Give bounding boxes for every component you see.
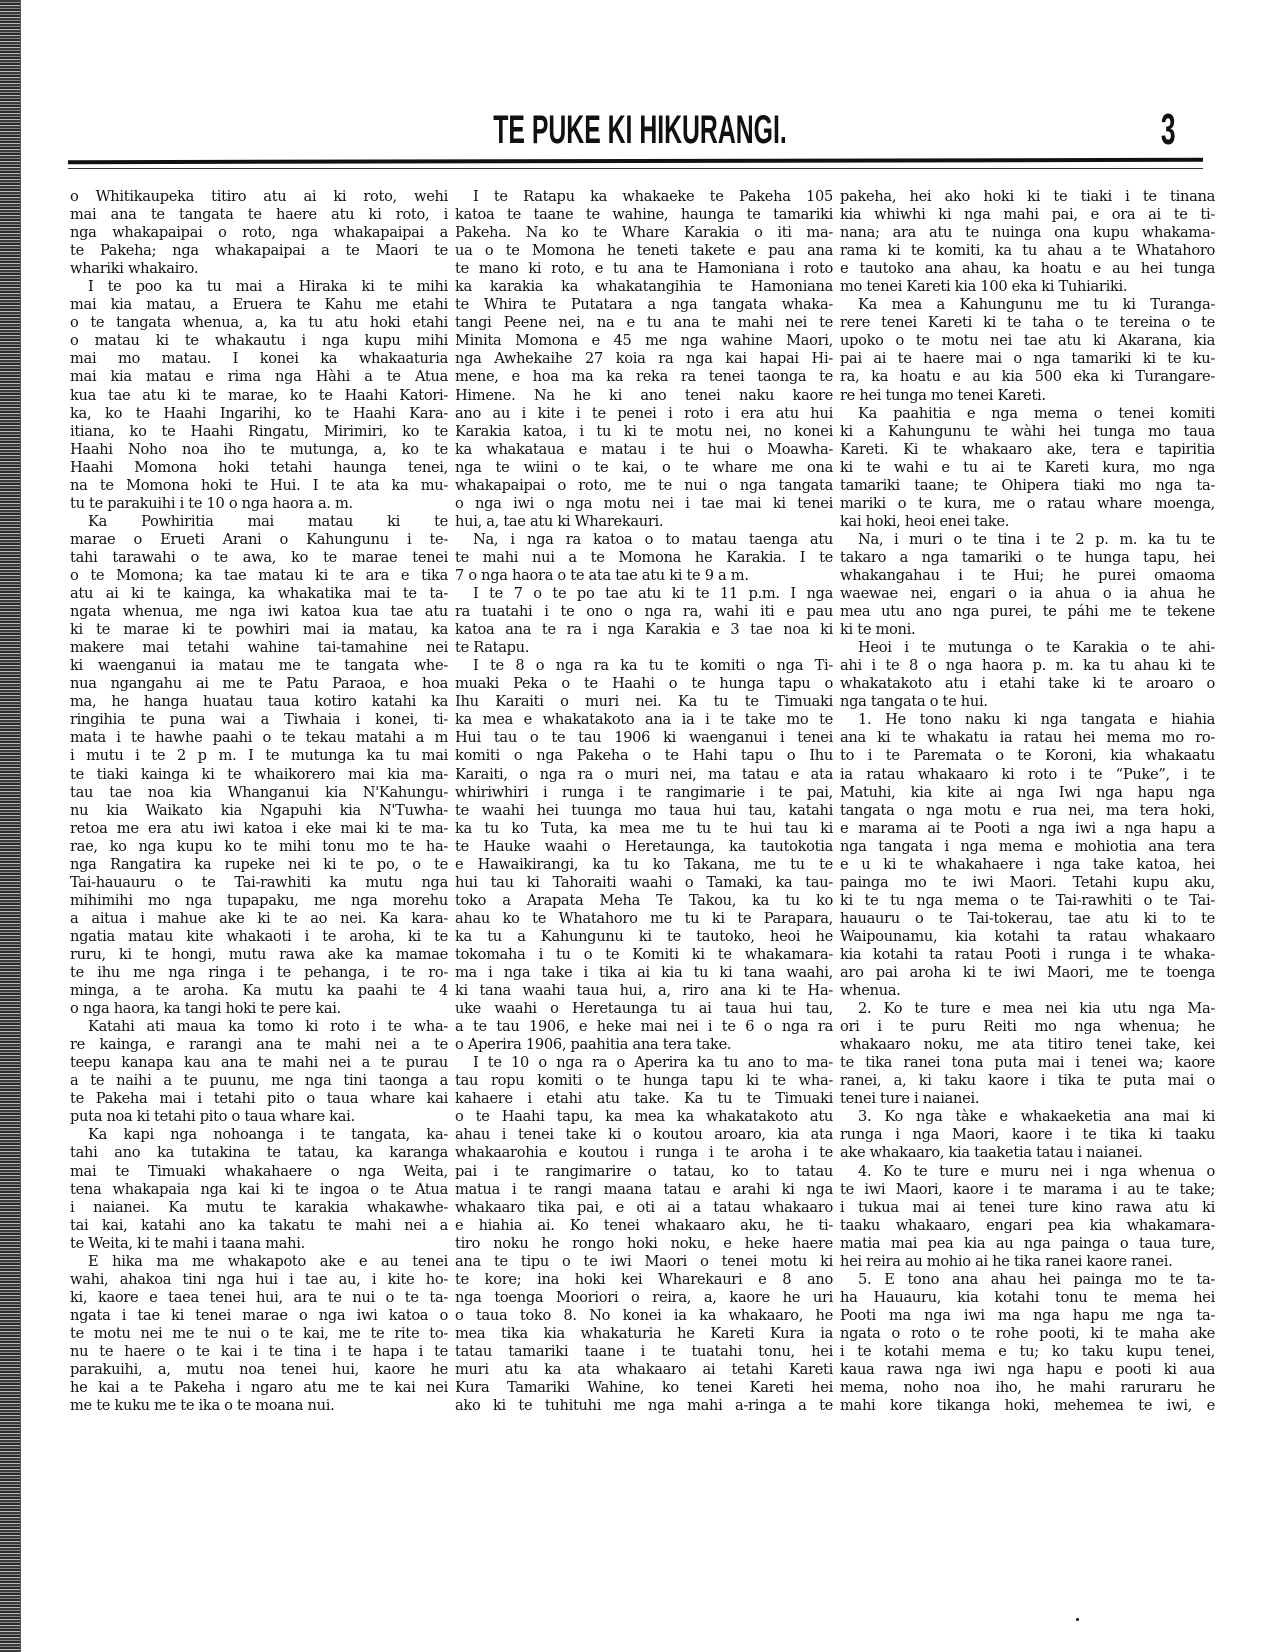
text-line: whakatakoto atu i etahi take ki te aroar… (840, 675, 1215, 693)
text-line: retoa me era atu iwi katoa i eke mai ki … (70, 820, 448, 838)
text-line: i te kotahi mema e tu; ko taku kupu tene… (840, 1343, 1215, 1361)
text-line: Himene. Na he ki ano tenei naku kaore (455, 387, 833, 405)
text-line: rae, ko nga kupu ko te mihi tonu mo te h… (70, 838, 448, 856)
text-line: Tai-hauauru o te Tai-rawhiti ka mutu nga (70, 874, 448, 892)
text-line: a aitua i mahue ake ki te ao nei. Ka kar… (70, 910, 448, 928)
text-line: ngata whenua, me nga iwi katoa kua tae a… (70, 603, 448, 621)
text-line: nua ngangahu ai me te Patu Paraoa, e hoa (70, 675, 448, 693)
text-line: o nga iwi o nga motu nei i tae mai ki te… (455, 495, 833, 513)
text-line: tahi ano ka tutakina te tatau, ka karang… (70, 1144, 448, 1162)
text-line: pai ai te haere mai o nga tamariki ki te… (840, 350, 1215, 368)
text-line: nga Rangatira ka rupeke nei ki te po, o … (70, 856, 448, 874)
text-line: Katahi ati maua ka tomo ki roto i te wha… (70, 1018, 448, 1036)
text-line: tangata o nga motu e rua nei, ma tera ho… (840, 802, 1215, 820)
text-line: te mahi nui a te Momona he Karakia. I te (455, 549, 833, 567)
text-line: tai kai, katahi ano ka takatu te mahi ne… (70, 1217, 448, 1235)
text-line: pai i te rangimarire o tatau, ko to tata… (455, 1163, 833, 1181)
text-line: kia kotahi ta ratau Pooti i runga i te w… (840, 946, 1215, 964)
text-line: hauauru o te Tai-tokerau, tae atu ki to … (840, 910, 1215, 928)
text-column-3: pakeha, hei ako hoki ki te tiaki i te ti… (840, 188, 1215, 1415)
text-line: kai hoki, heoi enei take. (840, 513, 1215, 531)
text-line: Haahi Momona hoki tetahi haunga tenei, (70, 459, 448, 477)
text-line: puta noa ki tetahi pito o taua whare kai… (70, 1108, 448, 1126)
text-line: o te Haahi tapu, ka mea ka whakatakoto a… (455, 1108, 833, 1126)
text-line: o taua toko 8. No konei ia ka whakaaro, … (455, 1307, 833, 1325)
text-line: te tiaki kainga ki te whaikorero mai kia… (70, 766, 448, 784)
text-line: te mano ki roto, e tu ana te Hamoniana i… (455, 260, 833, 278)
text-line: muaki Peka o te Haahi o te hunga tapu o (455, 675, 833, 693)
text-line: me te kuku me te ika o te moana nui. (70, 1397, 448, 1415)
text-line: o te tangata whenua, a, ka tu atu hoki e… (70, 314, 448, 332)
text-line: ka whakataua e matau i te hui o Moawha- (455, 441, 833, 459)
text-line: Heoi i te mutunga o te Karakia o te ahi- (840, 639, 1215, 657)
text-line: mene, e hoa ma ka reka ra tenei taonga t… (455, 368, 833, 386)
text-line: mai mo matau. I konei ka whakaaturia (70, 350, 448, 368)
text-line: 5. E tono ana ahau hei painga mo te ta- (840, 1271, 1215, 1289)
text-line: runga i nga Maori, kaore i te tika ki ta… (840, 1126, 1215, 1144)
text-line: ki te wahi e tu ai te Kareti kura, mo ng… (840, 459, 1215, 477)
text-line: o matau ki te whakautu i nga kupu mihi (70, 332, 448, 350)
text-line: ki tana waahi taua hui, a, riro ana ki t… (455, 982, 833, 1000)
text-line: te tika ranei tona puta mai i tenei wa; … (840, 1054, 1215, 1072)
text-line: Ihu Karaiti o muri nei. Ka tu te Timuaki (455, 693, 833, 711)
text-column-1: o Whitikaupeka titiro atu ai ki roto, we… (70, 188, 448, 1415)
text-line: parakuihi, a, mutu noa tenei hui, kaore … (70, 1361, 448, 1379)
text-line: mai ana te tangata te haere atu ki roto,… (70, 206, 448, 224)
text-line: nga tangata i nga mema e mohiotia ana te… (840, 838, 1215, 856)
text-column-2: I te Ratapu ka whakaeke te Pakeha 105kat… (455, 188, 833, 1415)
text-line: a te naihi a te puunu, me nga tini taong… (70, 1072, 448, 1090)
text-line: tahi tarawahi o te awa, ko te marae tene… (70, 549, 448, 567)
text-line: painga mo te iwi Maori. Tetahi kupu aku, (840, 874, 1215, 892)
text-line: kia whiwhi ki nga mahi pai, e ora ai te … (840, 206, 1215, 224)
text-line: mai kia matau e rima nga Hàhi a te Atua (70, 368, 448, 386)
text-line: whenua. (840, 982, 1215, 1000)
text-line: ua o te Momona he teneti takete e pau an… (455, 242, 833, 260)
text-line: tau tae noa kia Whanganui kia N'Kahungu- (70, 784, 448, 802)
text-line: i tukua mai ai tenei ture kino rawa atu … (840, 1199, 1215, 1217)
text-line: ano au i kite i te penei i roto i era at… (455, 405, 833, 423)
text-line: i mutu i te 2 p m. I te mutunga ka tu ma… (70, 747, 448, 765)
text-line: hui tau ki Tahoraiti waahi o Tamaki, ka … (455, 874, 833, 892)
text-line: ia ratau whakaaro ki roto i te “Puke”, i… (840, 766, 1215, 784)
text-line: Waipounamu, kia kotahi ta ratau whakaaro (840, 928, 1215, 946)
text-line: o Whitikaupeka titiro atu ai ki roto, we… (70, 188, 448, 206)
text-line: ranei, a, ki taku kaore i tika te puta m… (840, 1072, 1215, 1090)
text-line: re kainga, e rarangi ana te mahi nei a t… (70, 1036, 448, 1054)
text-line: I te 10 o nga ra o Aperira ka tu ano to … (455, 1054, 833, 1072)
text-line: ka, ko te Haahi Ingarihi, ko te Haahi Ka… (70, 405, 448, 423)
text-line: Hui tau o te tau 1906 ki waenganui i ten… (455, 729, 833, 747)
text-line: tamariki taane; te Ohipera tiaki mo nga … (840, 477, 1215, 495)
page-header: TE PUKE KI HIKURANGI. 3 (60, 105, 1220, 165)
text-line: teepu kanapa kau ana te mahi nei a te pu… (70, 1054, 448, 1072)
text-line: kua tae atu ki te marae, ko te Haahi Kat… (70, 387, 448, 405)
text-line: nu te haere o te kai i te tina i te hapa… (70, 1343, 448, 1361)
text-line: nga te wiini o te kai, o te whare me ona (455, 459, 833, 477)
text-line: 1. He tono naku ki nga tangata e hiahia (840, 711, 1215, 729)
text-line: waewae nei, engari o ia ahua o ia ahua h… (840, 585, 1215, 603)
text-line: mai kia matau, a Eruera te Kahu me etahi (70, 296, 448, 314)
text-line: tatau tamariki taane i te tuatahi tonu, … (455, 1343, 833, 1361)
text-line: o Aperira 1906, paahitia ana tera take. (455, 1036, 833, 1054)
text-line: he kai a te Pakeha i ngaro atu me te kai… (70, 1379, 448, 1397)
text-line: e marama ai te Pooti a nga iwi a nga hap… (840, 820, 1215, 838)
text-line: Ka kapi nga nohoanga i te tangata, ka- (70, 1126, 448, 1144)
text-line: a te tau 1906, e heke mai nei i te 6 o n… (455, 1018, 833, 1036)
text-line: ake whakaaro, kia taaketia tatau i naian… (840, 1144, 1215, 1162)
text-line: ori i te puru Reiti mo nga whenua; he (840, 1018, 1215, 1036)
text-line: Na, i muri o te tina i te 2 p. m. ka tu … (840, 531, 1215, 549)
text-line: i naianei. Ka mutu te karakia whakawhe- (70, 1199, 448, 1217)
text-line: I te 7 o te po tae atu ki te 11 p.m. I n… (455, 585, 833, 603)
text-line: Kareti. Ki te whakaaro ake, tera e tapir… (840, 441, 1215, 459)
text-line: atu ai ki te kainga, ka whakatika mai te… (70, 585, 448, 603)
text-line: te Pakeha mai i tetahi pito o taua whare… (70, 1090, 448, 1108)
text-line: mahi kore tikanga hoki, mehemea te iwi, … (840, 1397, 1215, 1415)
text-line: whakapaipai o roto, me te nui o nga tang… (455, 477, 833, 495)
text-line: Haahi Noho noa iho te mutunga, a, ko te (70, 441, 448, 459)
text-line: ki te tu nga mema o te Tai-rawhiti o te … (840, 892, 1215, 910)
text-line: tangi Peene nei, na e tu ana te mahi nei… (455, 314, 833, 332)
text-line: E hika ma me whakapoto ake e au tenei (70, 1253, 448, 1271)
text-line: ma, he hanga huatau taua kotiro katahi k… (70, 693, 448, 711)
text-line: ka tu ko Tuta, ka mea me tu te hui tau k… (455, 820, 833, 838)
text-line: ngata o roto o te rohe pooti, ki te maha… (840, 1325, 1215, 1343)
text-line: te Weita, ki te mahi i taana mahi. (70, 1235, 448, 1253)
masthead-title: TE PUKE KI HIKURANGI. (280, 105, 999, 155)
text-line: Ka mea a Kahungunu me tu ki Turanga- (840, 296, 1215, 314)
text-line: rama ki te komiti, ka tu ahau a te Whata… (840, 242, 1215, 260)
text-line: te Pakeha; nga whakapaipai a te Maori te (70, 242, 448, 260)
text-line: Na, i nga ra katoa o to matau taenga atu (455, 531, 833, 549)
text-line: rere tenei Kareti ki te taha o te terein… (840, 314, 1215, 332)
text-line: ana te tipu o te iwi Maori o tenei motu … (455, 1253, 833, 1271)
text-line: o te Momona; ka tae matau ki te ara e ti… (70, 567, 448, 585)
text-line: tenei ture i naianei. (840, 1090, 1215, 1108)
text-line: whakaarohia e koutou i runga i te aroha … (455, 1144, 833, 1162)
text-line: tena whakapaia nga kai ki te ingoa o te … (70, 1181, 448, 1199)
text-line: nga toenga Mooriori o reira, a, kaore he… (455, 1289, 833, 1307)
text-line: ka tu a Kahungunu ki te tautoko, heoi he (455, 928, 833, 946)
text-line: to i te Paremata o te Koroni, kia whakaa… (840, 747, 1215, 765)
text-line: marae o Erueti Arani o Kahungunu i te- (70, 531, 448, 549)
text-line: ahau i tenei take ki o koutou aroaro, ki… (455, 1126, 833, 1144)
text-line: Karakia katoa, i tu ki te motu nei, no k… (455, 423, 833, 441)
text-line: ki waenganui ia matau me te tangata whe- (70, 657, 448, 675)
text-line: mariki o te kura, me o ratau whare moeng… (840, 495, 1215, 513)
text-line: ana ki te whakatu ia ratau hei mema mo r… (840, 729, 1215, 747)
text-line: whariki whakairo. (70, 260, 448, 278)
text-line: ki te marae ki te powhiri mai ia matau, … (70, 621, 448, 639)
text-line: nga tangata o te hui. (840, 693, 1215, 711)
text-line: Ka paahitia e nga mema o tenei komiti (840, 405, 1215, 423)
text-line: katoa te taane te wahine, haunga te tama… (455, 206, 833, 224)
text-line: ruru, ki te hongi, mutu rawa ake ka mama… (70, 946, 448, 964)
text-line: mea tika kia whakaturia he Kareti Kura i… (455, 1325, 833, 1343)
text-line: ringihia te puna wai a Tiwhaia i konei, … (70, 711, 448, 729)
text-line: ha Hauauru, kia kotahi tonu te mema hei (840, 1289, 1215, 1307)
text-line: ra, ka hoatu e au kia 500 eka ki Turanga… (840, 368, 1215, 386)
text-line: mo tenei Kareti kia 100 eka ki Tuhiariki… (840, 278, 1215, 296)
text-line: tu te parakuihi i te 10 o nga haora a. m… (70, 495, 448, 513)
text-line: uke waahi o Heretaunga tu ai taua hui ta… (455, 1000, 833, 1018)
text-line: ki a Kahungunu te wàhi hei tunga mo taua (840, 423, 1215, 441)
text-line: te ihu me nga ringa i te pehanga, i te r… (70, 964, 448, 982)
text-line: re hei tunga mo tenei Kareti. (840, 387, 1215, 405)
text-line: 3. Ko nga tàke e whakaeketia ana mai ki (840, 1108, 1215, 1126)
text-line: o nga haora, ka tangi hoki te pere kai. (70, 1000, 448, 1018)
text-line: I te 8 o nga ra ka tu te komiti o nga Ti… (455, 657, 833, 675)
text-line: muri atu ka ata whakaaro ai tetahi Karet… (455, 1361, 833, 1379)
text-line: mema, noho noa iho, he mahi raruraru he (840, 1379, 1215, 1397)
text-line: taaku whakaaro, engari pea kia whakamara… (840, 1217, 1215, 1235)
text-line: tokomaha i tu o te Komiti ki te whakamar… (455, 946, 833, 964)
text-line: na te Momona hoki te Hui. I te ata ka mu… (70, 477, 448, 495)
text-line: nana; ara atu te nuinga ona kupu whakama… (840, 224, 1215, 242)
text-line: te Hauke waahi o Heretaunga, ka tautokot… (455, 838, 833, 856)
page-number: 3 (1160, 105, 1175, 155)
text-line: whiriwhiri i runga i te rangimarie i te … (455, 784, 833, 802)
text-line: Matuhi, kia kite ai nga Iwi nga hapu nga (840, 784, 1215, 802)
text-line: whakaaro noku, me ata titiro tenei take,… (840, 1036, 1215, 1054)
text-line: 4. Ko te ture e muru nei i nga whenua o (840, 1163, 1215, 1181)
text-line: Pakeha. Na ko te Whare Karakia o iti ma- (455, 224, 833, 242)
text-line: ma i nga take i tika ai kia tu ki tana w… (455, 964, 833, 982)
text-line: te motu nei me te nui o te kai, me te ri… (70, 1325, 448, 1343)
text-line: hei reira au mohio ai he tika ranei kaor… (840, 1253, 1215, 1271)
text-line: Ka Powhiritia mai matau ki te (70, 513, 448, 531)
text-line: nga Awhekaihe 27 koia ra nga kai hapai H… (455, 350, 833, 368)
text-line: hui, a, tae atu ki Wharekauri. (455, 513, 833, 531)
text-line: ahau ko te Whatahoro me tu ki te Parapar… (455, 910, 833, 928)
newspaper-page: TE PUKE KI HIKURANGI. 3 o Whitikaupeka t… (0, 0, 1280, 1652)
text-line: kaua rawa nga iwi nga hapu e pooti ki au… (840, 1361, 1215, 1379)
text-line: komiti o nga Pakeha o te Hahi tapu o Ihu (455, 747, 833, 765)
text-line: kahaere i etahi atu take. Ka tu te Timua… (455, 1090, 833, 1108)
text-line: mata i te hawhe paahi o te tekau matahi … (70, 729, 448, 747)
text-line: ka mea e whakatakoto ana ia i te take mo… (455, 711, 833, 729)
text-line: I te Ratapu ka whakaeke te Pakeha 105 (455, 188, 833, 206)
text-line: nu kia Waikato kia Ngapuhi kia N'Tuwha- (70, 802, 448, 820)
text-line: te kore; ina hoki kei Wharekauri e 8 ano (455, 1271, 833, 1289)
text-line: e hiahia ai. Ko tenei whakaaro aku, he t… (455, 1217, 833, 1235)
text-line: Kura Tamariki Wahine, ko tenei Kareti he… (455, 1379, 833, 1397)
text-line: minga, a te aroha. Ka mutu ka paahi te 4 (70, 982, 448, 1000)
text-line: Karaiti, o nga ra o muri nei, ma tatau e… (455, 766, 833, 784)
text-line: upoko o te motu nei tae atu ki Akarana, … (840, 332, 1215, 350)
text-line: te Ratapu. (455, 639, 833, 657)
text-line: aro pai aroha ki te iwi Maori, me te toe… (840, 964, 1215, 982)
text-line: matua i te rangi maana tatau e arahi ki … (455, 1181, 833, 1199)
text-line: I te poo ka tu mai a Hiraka ki te mihi (70, 278, 448, 296)
text-line: matia mai pea kia au nga painga o taua t… (840, 1235, 1215, 1253)
text-line: ngata i tae ki tenei marae o nga iwi kat… (70, 1307, 448, 1325)
text-line: ahi i te 8 o nga haora p. m. ka tu ahau … (840, 657, 1215, 675)
print-speck (1076, 1618, 1079, 1621)
text-line: e Hawaikirangi, ka tu ko Takana, me tu t… (455, 856, 833, 874)
header-rule-thin (68, 168, 1203, 169)
text-line: te Whira te Putatara a nga tangata whaka… (455, 296, 833, 314)
text-line: wahi, ahakoa tini nga hui i tae au, i ki… (70, 1271, 448, 1289)
text-line: 2. Ko te ture e mea nei kia utu nga Ma- (840, 1000, 1215, 1018)
text-line: nga whakapaipai o roto, nga whakapaipai … (70, 224, 448, 242)
text-line: tiro noku he rongo hoki noku, e heke hae… (455, 1235, 833, 1253)
text-line: mai te Timuaki whakahaere o nga Weita, (70, 1163, 448, 1181)
text-line: ra tuatahi i te ono o nga ra, wahi iti e… (455, 603, 833, 621)
text-line: toko a Arapata Meha Te Takou, ka tu ko (455, 892, 833, 910)
text-line: makere mai tetahi wahine tai-tamahine ne… (70, 639, 448, 657)
text-line: te waahi hei tuunga mo taua hui tau, kat… (455, 802, 833, 820)
text-line: e tautoko ana ahau, ka hoatu e au hei tu… (840, 260, 1215, 278)
text-line: ako ki te tuhituhi me nga mahi a-ringa a… (455, 1397, 833, 1415)
text-line: takaro a nga tamariki o te hunga tapu, h… (840, 549, 1215, 567)
text-line: Pooti ma nga iwi ma nga hapu me nga ta- (840, 1307, 1215, 1325)
text-line: Minita Momona e 45 me nga wahine Maori, (455, 332, 833, 350)
text-line: ka karakia ka whakatangihia te Hamoniana (455, 278, 833, 296)
text-line: whakaaro tika pai, e oti ai a tatau whak… (455, 1199, 833, 1217)
text-line: 7 o nga haora o te ata tae atu ki te 9 a… (455, 567, 833, 585)
text-line: e u ki te whakahaere i nga take katoa, h… (840, 856, 1215, 874)
text-line: mihimihi mo nga tupapaku, me nga morehu (70, 892, 448, 910)
text-line: pakeha, hei ako hoki ki te tiaki i te ti… (840, 188, 1215, 206)
text-line: ki te moni. (840, 621, 1215, 639)
text-line: whakangahau i te Hui; he purei omaoma (840, 567, 1215, 585)
text-line: te iwi Maori, kaore i te marama i au te … (840, 1181, 1215, 1199)
text-line: mea utu ano nga purei, te páhi me te tek… (840, 603, 1215, 621)
text-line: itiana, ko te Haahi Ringatu, Mirimiri, k… (70, 423, 448, 441)
text-line: tau ropu komiti o te hunga tapu ki te wh… (455, 1072, 833, 1090)
text-line: ki, kaore e taea tenei hui, ara te nui o… (70, 1289, 448, 1307)
text-line: katoa ana te ra i nga Karakia e 3 tae no… (455, 621, 833, 639)
page-binding-edge (0, 0, 21, 1652)
text-line: ngatia matau kite whakaoti i te aroha, k… (70, 928, 448, 946)
